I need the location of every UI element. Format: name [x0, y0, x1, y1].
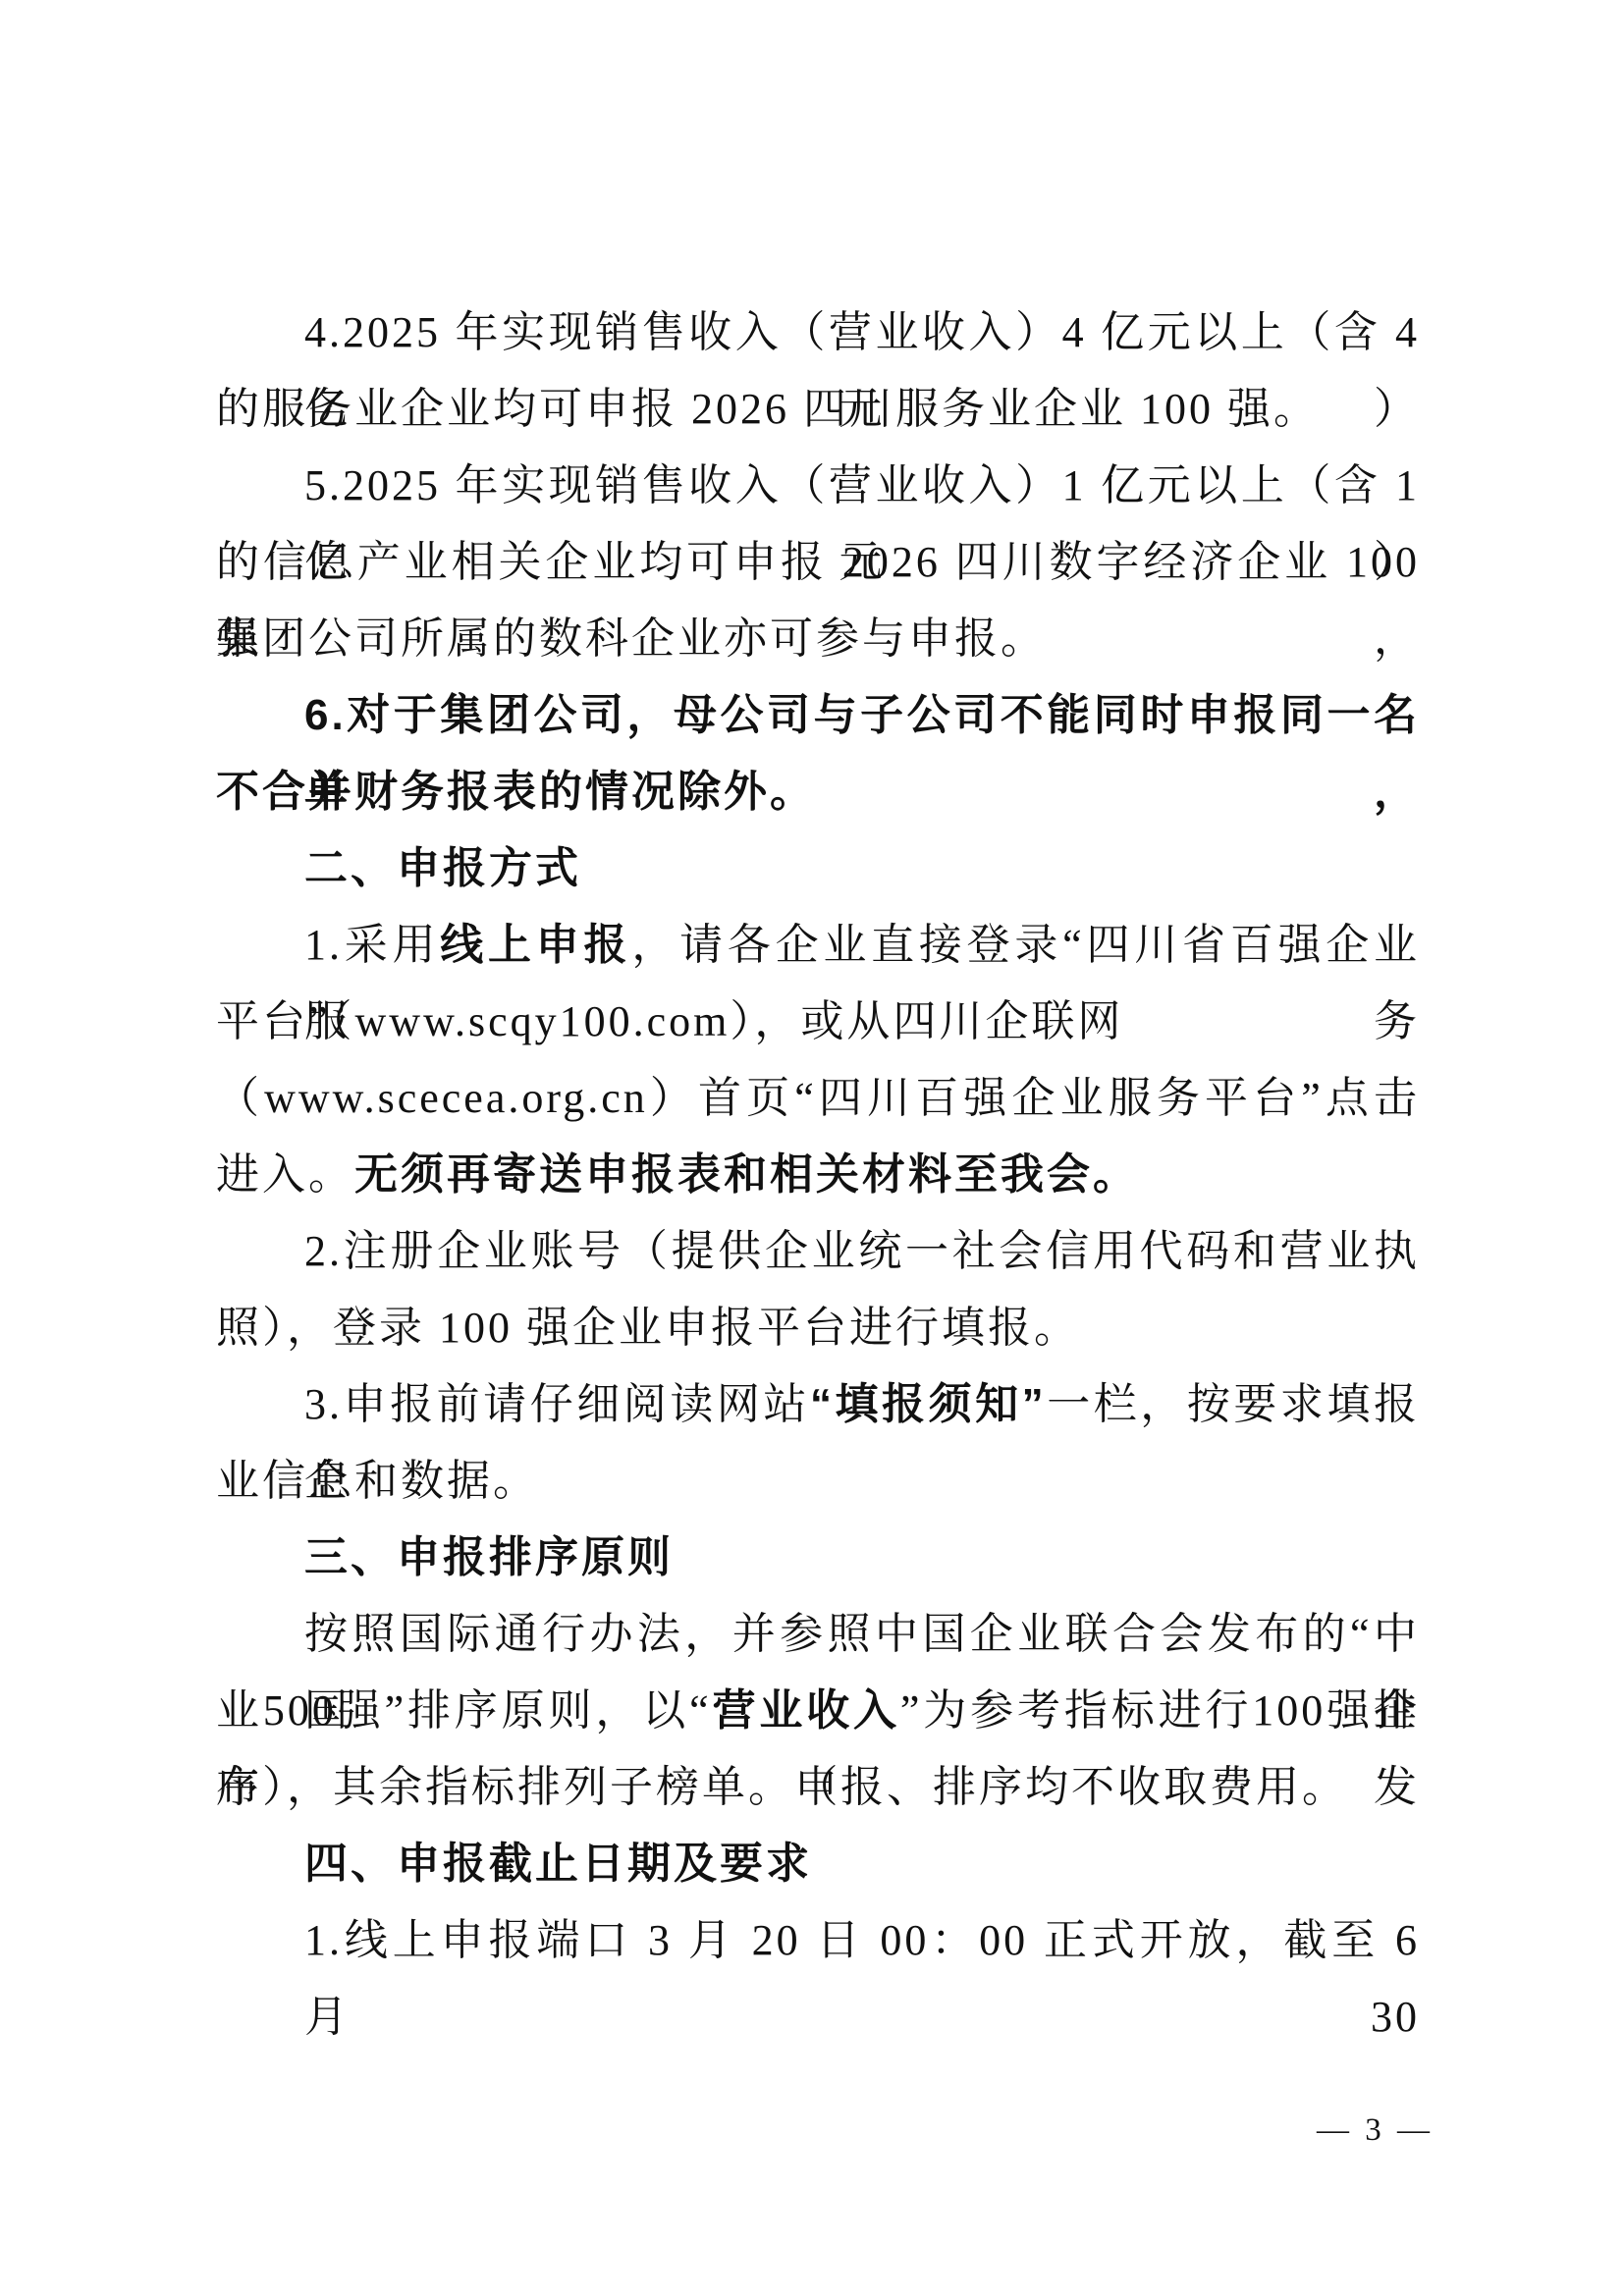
emphasis-text: 四、申报截止日期及要求	[304, 1840, 812, 1888]
body-text: 的服务业企业均可申报 2026 四川服务业企业 100 强。	[216, 385, 1320, 433]
text-line: 的信息产业相关企业均可申报 2026 四川数字经济企业 100 强，	[216, 524, 1420, 601]
body-text: 业500强”排序原则，以“	[216, 1686, 712, 1735]
body-text: 1.线上申报端口 3 月 20 日 00：00 正式开放，截至 6 月 30	[304, 1916, 1420, 2041]
text-line: 1.采用线上申报，请各企业直接登录“四川省百强企业服务	[216, 907, 1420, 984]
body-text: 2.注册企业账号（提供企业统一社会信用代码和营业执	[304, 1227, 1420, 1275]
text-line: 2.注册企业账号（提供企业统一社会信用代码和营业执	[216, 1213, 1420, 1290]
emphasis-text: 营业收入	[712, 1686, 900, 1735]
text-line: 业信息和数据。	[216, 1443, 1420, 1520]
text-line: 业500强”排序原则，以“营业收入”为参考指标进行100强排序（发	[216, 1673, 1420, 1749]
text-line: 照），登录 100 强企业申报平台进行填报。	[216, 1290, 1420, 1366]
body-text: 业信息和数据。	[216, 1457, 539, 1505]
body-text: 集团公司所属的数科企业亦可参与申报。	[216, 614, 1047, 663]
text-line: 布），其余指标排列子榜单。申报、排序均不收取费用。	[216, 1749, 1420, 1826]
text-line: 进入。无须再寄送申报表和相关材料至我会。	[216, 1137, 1420, 1213]
document-body: 4.2025 年实现销售收入（营业收入）4 亿元以上（含 4 亿元）的服务业企业…	[216, 294, 1420, 1979]
emphasis-text: 线上申报	[440, 921, 631, 969]
body-text: 布），其余指标排列子榜单。申报、排序均不收取费用。	[216, 1763, 1348, 1811]
body-text: 进入。	[216, 1150, 354, 1199]
body-text: 照），登录 100 强企业申报平台进行填报。	[216, 1304, 1080, 1352]
page-number: — 3 —	[1276, 2101, 1434, 2160]
body-text: 平台”（www.scqy100.com），或从四川企联网	[216, 997, 1123, 1045]
body-text: 1.采用	[304, 921, 440, 969]
document-page: 4.2025 年实现销售收入（营业收入）4 亿元以上（含 4 亿元）的服务业企业…	[0, 0, 1624, 2296]
emphasis-text: 三、申报排序原则	[304, 1533, 674, 1581]
emphasis-text: 不合并财务报表的情况除外。	[216, 768, 816, 816]
text-line: 四、申报截止日期及要求	[216, 1826, 1420, 1902]
text-line: 二、申报方式	[216, 830, 1420, 907]
text-line: 按照国际通行办法，并参照中国企业联合会发布的“中国企	[216, 1596, 1420, 1673]
text-line: 3.申报前请仔细阅读网站“填报须知”一栏，按要求填报企	[216, 1366, 1420, 1443]
text-line: 三、申报排序原则	[216, 1520, 1420, 1596]
text-line: 的服务业企业均可申报 2026 四川服务业企业 100 强。	[216, 371, 1420, 448]
text-line: 1.线上申报端口 3 月 20 日 00：00 正式开放，截至 6 月 30	[216, 1902, 1420, 1979]
emphasis-text: 无须再寄送申报表和相关材料至我会。	[354, 1150, 1139, 1199]
text-line: 6.对于集团公司，母公司与子公司不能同时申报同一名单，	[216, 677, 1420, 754]
text-line: （www.scecea.org.cn）首页“四川百强企业服务平台”点击	[216, 1060, 1420, 1137]
body-text: 3.申报前请仔细阅读网站	[304, 1380, 810, 1428]
emphasis-text: 二、申报方式	[304, 844, 581, 892]
text-line: 5.2025 年实现销售收入（营业收入）1 亿元以上（含 1 亿元）	[216, 448, 1420, 524]
emphasis-text: “填报须知”	[810, 1380, 1047, 1428]
body-text: （www.scecea.org.cn）首页“四川百强企业服务平台”点击	[216, 1074, 1420, 1122]
text-line: 4.2025 年实现销售收入（营业收入）4 亿元以上（含 4 亿元）	[216, 294, 1420, 371]
